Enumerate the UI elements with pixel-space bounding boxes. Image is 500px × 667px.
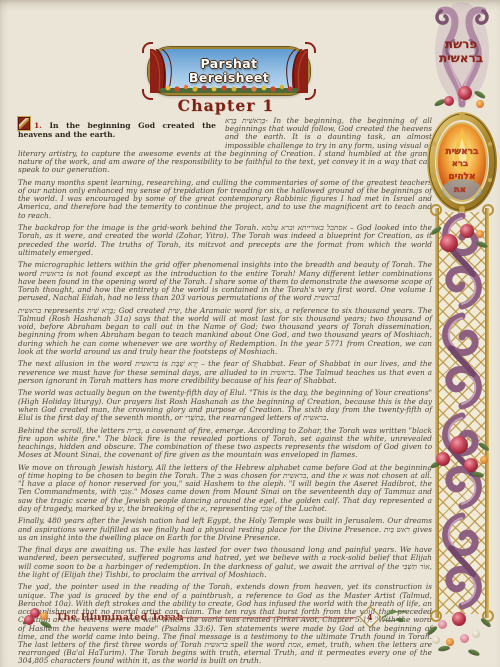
leaf-icon: [478, 441, 491, 452]
creation-medallion: בראשית ברא אלהים את: [427, 110, 497, 214]
rose-icon: [458, 86, 472, 100]
acanthus-scroll-column: [433, 206, 491, 618]
page-footer: The Illuminated Torah 4: [18, 606, 432, 652]
rose-icon: [464, 458, 478, 472]
banner-title-line2: Bereisheet: [189, 71, 269, 85]
paragraph: The micrographic letters within the grid…: [18, 261, 432, 302]
paragraph: The final days are awaiting us. The exil…: [18, 546, 432, 579]
rose-icon: [440, 234, 458, 252]
illuminated-ornament-icon: [18, 117, 30, 130]
flower-bud-icon: [40, 612, 48, 620]
page-number-diamond: 4: [359, 606, 382, 629]
parsha-hebrew-title: פרשת בראשית: [426, 37, 496, 66]
leaf-icon: [472, 471, 485, 478]
leaf-sprig-icon: [380, 606, 408, 628]
paragraph: בראשית represents בָּרָא שִׁית; God crea…: [18, 307, 432, 356]
flower-bud-icon: [446, 638, 454, 646]
rose-cluster: [432, 84, 492, 118]
rose-cluster: [428, 432, 496, 484]
pink-flower-icon: [460, 634, 469, 643]
medallion-word-1: בראשית: [445, 147, 479, 157]
medallion-word-2: ברא: [452, 159, 469, 169]
leaf-icon: [426, 625, 438, 637]
medallion-word-3: אלהים: [448, 172, 475, 182]
flower-spray: [424, 606, 500, 664]
banner-title-line1: Parshat: [201, 57, 258, 71]
rose-icon: [460, 224, 474, 238]
commentary-text: 1. In the beginning God created the heav…: [18, 117, 432, 667]
chapter-heading: Chapter 1: [0, 96, 452, 115]
rose-icon: [452, 612, 466, 626]
leaf-icon: [474, 89, 487, 99]
paragraph: The next allusion in the word בראשית is …: [18, 360, 432, 385]
leaf-icon: [40, 620, 53, 630]
white-flower-icon: [472, 630, 480, 638]
paragraph: The world was actually begun on the twen…: [18, 389, 432, 422]
paragraph: Behind the scroll, the letters בְּרִית, …: [18, 427, 432, 460]
leaf-icon: [480, 617, 492, 629]
paragraph: We move on through Jewish history. All t…: [18, 464, 432, 513]
rose-icon: [24, 615, 34, 625]
footer-flower-cluster: [22, 606, 56, 632]
leaf-icon: [468, 648, 481, 657]
leaf-icon: [430, 225, 443, 236]
page-number: 4: [367, 612, 373, 622]
rose-icon: [444, 96, 454, 106]
white-flower-icon: [432, 636, 440, 644]
flower-bud-icon: [476, 230, 484, 238]
rose-cluster: [430, 222, 494, 262]
parsha-hebrew-line2: בראשית: [426, 51, 496, 65]
verse-text: In the beginning God created the heavens…: [18, 121, 216, 139]
paragraph-verse-1: 1. In the beginning God created the heav…: [18, 117, 432, 175]
verse-1: 1. In the beginning God created the heav…: [18, 117, 225, 142]
banner-title: Parshat Bereisheet: [150, 49, 308, 93]
medallion-word-4: את: [454, 185, 466, 195]
decorative-side-border: פרשת בראשית: [424, 0, 500, 667]
flower-bud-icon: [480, 456, 488, 464]
pink-flower-icon: [438, 620, 447, 629]
illuminated-torah-page: Parshat Bereisheet Chapter 1 1. In the b…: [0, 0, 500, 667]
paragraph: The backdrop for the image is the grid-w…: [18, 224, 432, 257]
parsha-hebrew-line1: פרשת: [426, 37, 496, 51]
rose-icon: [450, 436, 468, 454]
leaf-icon: [438, 645, 451, 652]
flower-bud-icon: [476, 100, 484, 108]
paragraph: Finally, 480 years after the Jewish nati…: [18, 517, 432, 542]
leaf-icon: [476, 240, 489, 249]
parsha-banner: Parshat Bereisheet: [148, 47, 310, 95]
footer-rule: [164, 617, 356, 618]
rose-icon: [436, 452, 450, 466]
paragraph: The many months spent learning, research…: [18, 179, 432, 220]
